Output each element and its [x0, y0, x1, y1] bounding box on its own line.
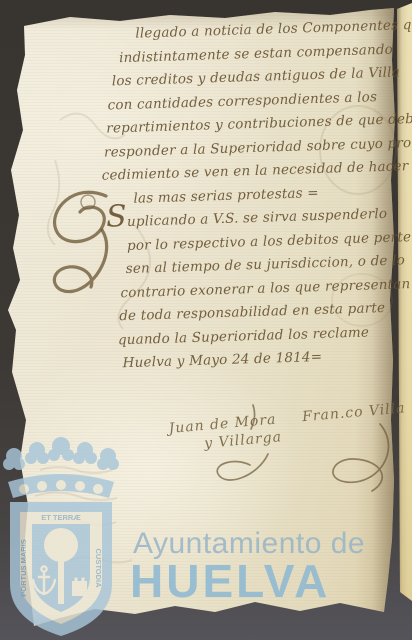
- photo-background: llegado a noticia de los Componentes que…: [0, 0, 412, 640]
- motto-right: CUSTODIA: [94, 548, 103, 588]
- watermark-org-name: HUELVA: [130, 554, 400, 608]
- motto-left: PORTUS MARIS: [19, 539, 28, 597]
- crown-trefoils: [3, 437, 119, 470]
- tree-trunk: [58, 556, 64, 604]
- huelva-coat-of-arms-watermark: ET TERRÆ PORTUS MARIS CUSTODIA: [2, 438, 120, 640]
- calligraphic-flourish: [42, 188, 142, 303]
- motto-top: ET TERRÆ: [41, 513, 81, 522]
- signature-rubric-flourish: [150, 402, 410, 512]
